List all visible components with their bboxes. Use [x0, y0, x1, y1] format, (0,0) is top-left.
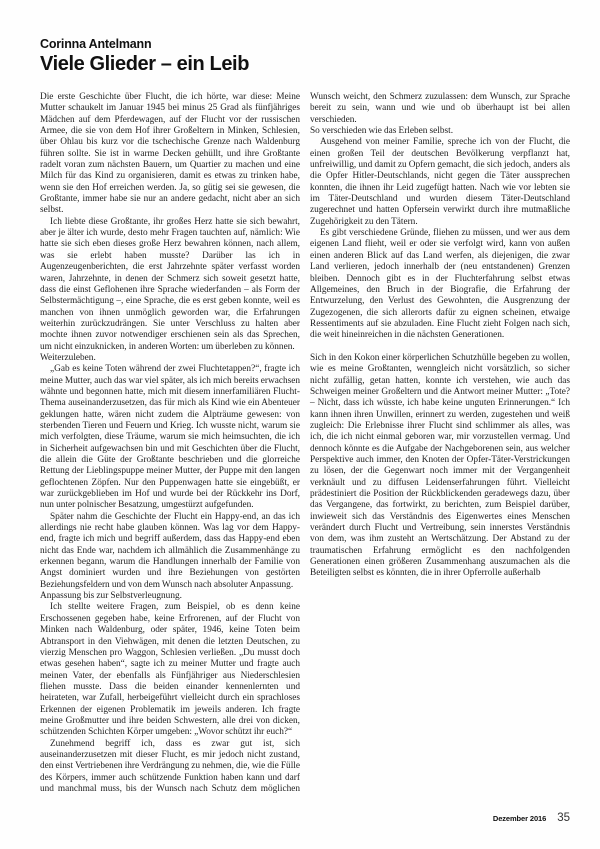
paragraph: Es gibt verschiedene Gründe, fliehen zu …: [310, 228, 570, 341]
paragraph: Anpassung bis zur Selbstverleugnung.: [40, 591, 300, 602]
article-header: Corinna Antelmann Viele Glieder – ein Le…: [40, 37, 249, 75]
paragraph: So verschieden wie das Erleben selbst.: [310, 126, 570, 137]
paragraph: Weiterzuleben.: [40, 353, 300, 364]
page-footer: Dezember 2016 35: [493, 812, 570, 824]
paragraph: „Gab es keine Toten während der zwei Flu…: [40, 364, 300, 511]
article-columns: Die erste Geschichte über Flucht, die ic…: [40, 92, 570, 802]
paragraph: Ausgehend von meiner Familie, spreche ic…: [310, 137, 570, 228]
magazine-page: Corinna Antelmann Viele Glieder – ein Le…: [0, 0, 600, 849]
author-name: Corinna Antelmann: [40, 37, 249, 51]
paragraph: Später nahm die Geschichte der Flucht ei…: [40, 512, 300, 591]
page-number: 35: [557, 812, 570, 824]
article-title: Viele Glieder – ein Leib: [40, 53, 249, 75]
paragraph: Sich in den Kokon einer körperlichen Sch…: [310, 353, 570, 580]
paragraph: Ich stellte weitere Fragen, zum Beispiel…: [40, 602, 300, 738]
issue-date: Dezember 2016: [493, 814, 546, 823]
paragraph: Ich liebte diese Großtante, ihr großes H…: [40, 217, 300, 353]
paragraph: Die erste Geschichte über Flucht, die ic…: [40, 92, 300, 217]
